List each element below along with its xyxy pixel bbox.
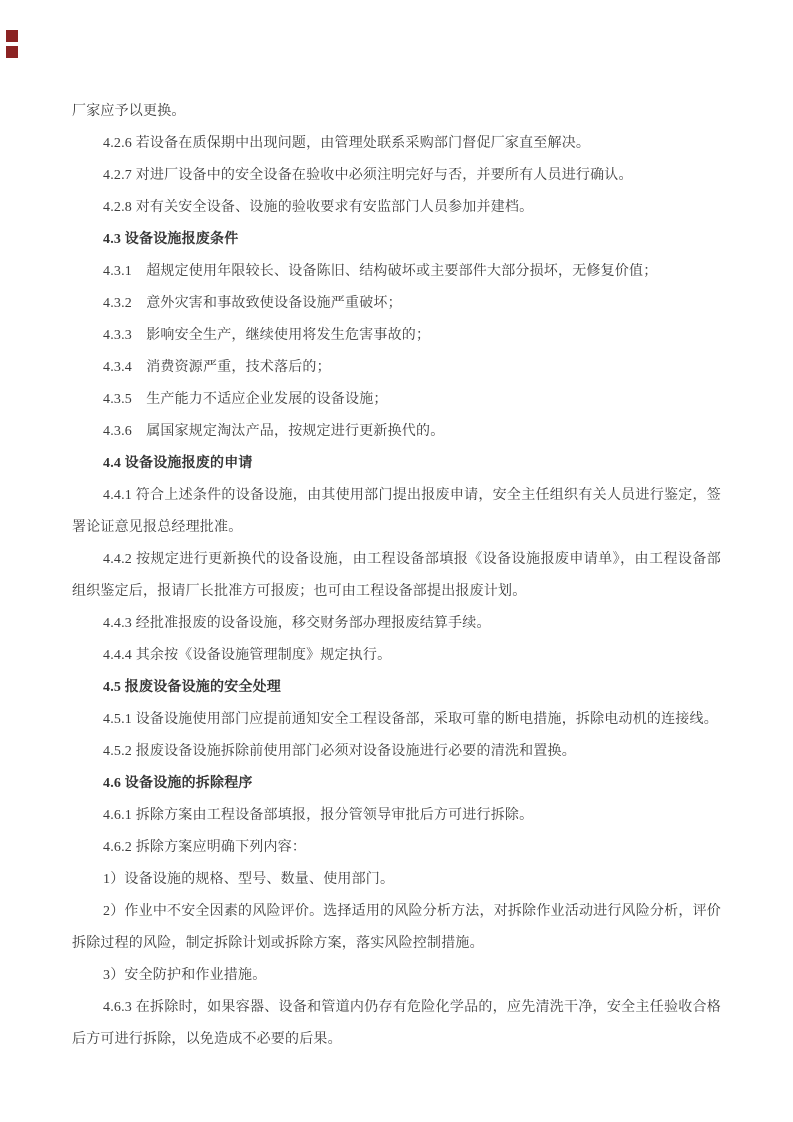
section-heading: 4.3 设备设施报废条件 xyxy=(72,224,721,256)
paragraph: 4.6.2 拆除方案应明确下列内容： xyxy=(72,832,721,864)
paragraph: 4.4.4 其余按《设备设施管理制度》规定执行。 xyxy=(72,640,721,672)
paragraph: 4.3.3 影响安全生产，继续使用将发生危害事故的； xyxy=(72,320,721,352)
red-square-mark-bottom xyxy=(6,46,18,58)
section-heading: 4.5 报废设备设施的安全处理 xyxy=(72,672,721,704)
document-page: 厂家应予以更换。4.2.6 若设备在质保期中出现问题，由管理处联系采购部门督促厂… xyxy=(0,0,793,1122)
paragraph: 4.4.2 按规定进行更新换代的设备设施，由工程设备部填报《设备设施报废申请单》… xyxy=(72,544,721,608)
corner-marks xyxy=(6,30,18,58)
document-body: 厂家应予以更换。4.2.6 若设备在质保期中出现问题，由管理处联系采购部门督促厂… xyxy=(72,96,721,1056)
paragraph: 4.3.1 超规定使用年限较长、设备陈旧、结构破坏或主要部件大部分损坏，无修复价… xyxy=(72,256,721,288)
paragraph: 4.6.3 在拆除时，如果容器、设备和管道内仍存有危险化学品的，应先清洗干净，安… xyxy=(72,992,721,1056)
paragraph: 4.3.5 生产能力不适应企业发展的设备设施； xyxy=(72,384,721,416)
section-heading: 4.6 设备设施的拆除程序 xyxy=(72,768,721,800)
paragraph: 4.2.7 对进厂设备中的安全设备在验收中必须注明完好与否，并要所有人员进行确认… xyxy=(72,160,721,192)
paragraph: 4.3.4 消费资源严重，技术落后的； xyxy=(72,352,721,384)
paragraph: 3）安全防护和作业措施。 xyxy=(72,960,721,992)
paragraph: 1）设备设施的规格、型号、数量、使用部门。 xyxy=(72,864,721,896)
paragraph: 4.3.2 意外灾害和事故致使设备设施严重破坏； xyxy=(72,288,721,320)
paragraph: 4.3.6 属国家规定淘汰产品，按规定进行更新换代的。 xyxy=(72,416,721,448)
paragraph: 4.5.2 报废设备设施拆除前使用部门必须对设备设施进行必要的清洗和置换。 xyxy=(72,736,721,768)
paragraph: 4.6.1 拆除方案由工程设备部填报，报分管领导审批后方可进行拆除。 xyxy=(72,800,721,832)
section-heading: 4.4 设备设施报废的申请 xyxy=(72,448,721,480)
paragraph: 4.2.6 若设备在质保期中出现问题，由管理处联系采购部门督促厂家直至解决。 xyxy=(72,128,721,160)
paragraph: 4.5.1 设备设施使用部门应提前通知安全工程设备部，采取可靠的断电措施，拆除电… xyxy=(72,704,721,736)
red-square-mark-top xyxy=(6,30,18,42)
paragraph: 4.4.3 经批准报废的设备设施，移交财务部办理报废结算手续。 xyxy=(72,608,721,640)
paragraph: 4.4.1 符合上述条件的设备设施，由其使用部门提出报废申请，安全主任组织有关人… xyxy=(72,480,721,544)
paragraph: 2）作业中不安全因素的风险评价。选择适用的风险分析方法，对拆除作业活动进行风险分… xyxy=(72,896,721,960)
paragraph: 厂家应予以更换。 xyxy=(72,96,721,128)
paragraph: 4.2.8 对有关安全设备、设施的验收要求有安监部门人员参加并建档。 xyxy=(72,192,721,224)
